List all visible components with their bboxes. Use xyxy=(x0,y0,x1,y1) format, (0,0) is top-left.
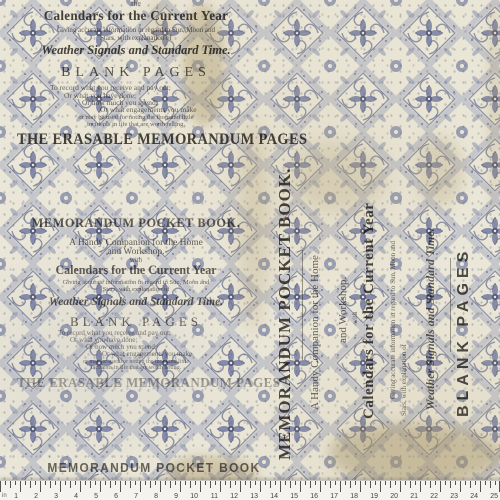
vertical-companion-line: A Handy Companion for the Home xyxy=(310,168,321,498)
ruler-number: 3 xyxy=(42,493,58,500)
print-blank-pages-heading: BLANK PAGES xyxy=(8,66,264,80)
vertical-word-with: with xyxy=(352,298,359,338)
ruler-tick xyxy=(445,481,446,485)
vertical-blank-pages-heading: BLANK PAGES xyxy=(456,212,472,452)
ruler-tick xyxy=(420,481,421,492)
ruler-tick xyxy=(150,481,151,488)
ruler-tick xyxy=(95,481,96,485)
print-info-line-1: Giving accurate information in regard to… xyxy=(8,27,264,34)
print-record-line-4b: Or what engagements you make xyxy=(8,351,358,358)
ruler-tick xyxy=(70,481,71,488)
ruler-tick xyxy=(335,481,336,485)
ruler-tick xyxy=(145,481,146,485)
ruler-tick xyxy=(425,481,426,485)
ruler-tick xyxy=(360,481,361,492)
ruler-tick xyxy=(225,481,226,485)
ruler-number: 4 xyxy=(62,493,78,500)
vertical-calendars-heading: Calendars for the Current Year xyxy=(362,168,377,453)
ruler-number: 6 xyxy=(102,493,118,500)
print-blank-pages-heading-2: BLANK PAGES xyxy=(8,315,264,328)
print-erasable-heading-faded: THE ERASABLE MEMORANDUM PAGES xyxy=(17,377,255,391)
print-calendars-heading: Calendars for the Current Year xyxy=(12,9,260,23)
ruler-number: 1 xyxy=(2,493,18,500)
ruler-tick xyxy=(60,481,61,492)
ruler-tick xyxy=(400,481,401,492)
print-record-line-1: To record what you receive and pay out; xyxy=(8,84,306,92)
ruler-number: 8 xyxy=(142,493,158,500)
ruler-tick xyxy=(45,481,46,485)
ruler-tick xyxy=(90,481,91,488)
ruler-tick xyxy=(385,481,386,485)
ruler-tick xyxy=(220,481,221,492)
ruler-number: 23 xyxy=(442,493,458,500)
ruler-tick xyxy=(440,481,441,492)
ruler-tick xyxy=(240,481,241,492)
ruler-tick xyxy=(105,481,106,485)
vertical-memorandum-heading: MEMORANDUM POCKET BOOK. xyxy=(276,158,293,470)
ruler-tick xyxy=(380,481,381,492)
ruler-tick xyxy=(355,481,356,485)
ruler-tick xyxy=(205,481,206,485)
ruler-number: 21 xyxy=(402,493,418,500)
ruler-tick xyxy=(75,481,76,485)
ruler-tick xyxy=(320,481,321,492)
ruler-tick xyxy=(460,481,461,492)
vertical-weather-heading: Weather Signals and Standard Time. xyxy=(424,162,436,477)
ruler-number: 5 xyxy=(82,493,98,500)
ruler-tick xyxy=(30,481,31,488)
ruler-tick xyxy=(375,481,376,485)
ruler-tick xyxy=(260,481,261,492)
ruler-tick xyxy=(280,481,281,492)
ruler-number: 17 xyxy=(322,493,338,500)
ruler-tick xyxy=(125,481,126,485)
ruler-number: 22 xyxy=(422,493,438,500)
ruler-tick xyxy=(80,481,81,492)
ruler-tick xyxy=(100,481,101,492)
ruler-number: 9 xyxy=(162,493,178,500)
ruler-number: 11 xyxy=(202,493,218,500)
ruler-tick xyxy=(300,481,301,492)
ruler-tick xyxy=(210,481,211,488)
ruler-tick xyxy=(480,481,481,492)
ruler-tick xyxy=(15,481,16,485)
ruler-tick xyxy=(215,481,216,485)
ruler-tick xyxy=(475,481,476,485)
ruler-tick xyxy=(325,481,326,485)
ruler-tick xyxy=(390,481,391,488)
ruler-tick xyxy=(305,481,306,485)
print-erasable-heading: THE ERASABLE MEMORANDUM PAGES xyxy=(17,132,255,148)
ruler-tick xyxy=(435,481,436,485)
ruler-number: 24 xyxy=(462,493,478,500)
ruler-tick xyxy=(10,481,11,488)
ruler-tick xyxy=(135,481,136,485)
ruler-number: 13 xyxy=(242,493,258,500)
ruler-tick xyxy=(275,481,276,485)
ruler-tick xyxy=(395,481,396,485)
print-incidents-line-2b: incidents in life that are worth noting. xyxy=(8,365,264,371)
print-record-line-4: Or what engagements you make xyxy=(8,106,356,114)
print-memorandum-heading: MEMORANDUM POCKET BOOK. xyxy=(14,216,257,229)
ruler-tick xyxy=(165,481,166,485)
ruler-tick xyxy=(295,481,296,485)
ruler-tick xyxy=(490,481,491,488)
print-incidents-line-2: incidents in life that are worth noting. xyxy=(8,122,264,129)
ruler-tick xyxy=(65,481,66,485)
ruler-tick xyxy=(140,481,141,492)
ruler-tick xyxy=(405,481,406,485)
print-weather-heading-2: Weather Signals and Standard Time. xyxy=(8,297,264,309)
ruler-tick xyxy=(50,481,51,488)
ruler-tick xyxy=(25,481,26,485)
ruler-number: 18 xyxy=(342,493,358,500)
ruler-tick xyxy=(450,481,451,488)
ruler-tick xyxy=(115,481,116,485)
ruler-tick xyxy=(410,481,411,488)
ruler-tick xyxy=(40,481,41,492)
ruler-tick xyxy=(430,481,431,488)
ruler-tick xyxy=(455,481,456,485)
ruler-tick xyxy=(350,481,351,488)
ruler-tick xyxy=(120,481,121,492)
ruler-tick xyxy=(265,481,266,485)
printed-rule-line xyxy=(450,258,451,352)
vertical-workshop-line: and Workshop. xyxy=(338,235,349,385)
ruler-number: 12 xyxy=(222,493,238,500)
print-record-line-1b: To record what you receive and pay out; xyxy=(8,330,314,337)
ruler-tick xyxy=(190,481,191,488)
print-weather-heading: Weather Signals and Standard Time. xyxy=(8,44,264,57)
ruler-tick xyxy=(155,481,156,485)
ruler-tick xyxy=(180,481,181,492)
ruler-tick xyxy=(285,481,286,485)
ruler-number: 14 xyxy=(262,493,278,500)
ruler-tick xyxy=(315,481,316,485)
print-info-line-2b: Stars, with explanation of xyxy=(8,287,264,294)
ruler-tick xyxy=(175,481,176,485)
ruler-tick xyxy=(35,481,36,485)
ruler-tick xyxy=(130,481,131,488)
ruler-tick xyxy=(495,481,496,485)
ruler-tick xyxy=(160,481,161,492)
ruler-tick xyxy=(195,481,196,485)
ruler-number: 25 xyxy=(482,493,498,500)
ruler-tick xyxy=(270,481,271,488)
ruler-tick xyxy=(170,481,171,488)
ruler-tick xyxy=(55,481,56,485)
ruler-tick xyxy=(230,481,231,488)
print-info-line-2: Stars, with explanation of xyxy=(8,35,264,42)
print-word-the: the xyxy=(8,0,264,8)
ruler-number: 19 xyxy=(362,493,378,500)
ruler-tick xyxy=(250,481,251,488)
fabric-swatch-photo: the Calendars for the Current Year Givin… xyxy=(0,0,500,500)
vertical-info-line-1: Giving accurate information in regard to… xyxy=(390,152,397,487)
ruler-tick xyxy=(20,481,21,492)
ruler-number: 7 xyxy=(122,493,138,500)
ruler-number: 10 xyxy=(182,493,198,500)
ruler-tick xyxy=(345,481,346,485)
ruler-number: 20 xyxy=(382,493,398,500)
ruler-tick xyxy=(370,481,371,488)
ruler-number: 15 xyxy=(282,493,298,500)
ruler-tick xyxy=(415,481,416,485)
print-calendars-heading-2: Calendars for the Current Year xyxy=(13,264,259,277)
ruler-tick xyxy=(185,481,186,485)
vertical-info-line-2: Stars, with explanation of xyxy=(401,285,408,475)
ruler-tick xyxy=(245,481,246,485)
ruler: in 1234567891011121314151617181920212223… xyxy=(0,480,500,500)
ruler-tick xyxy=(340,481,341,492)
printed-rule-line xyxy=(302,250,303,360)
ruler-tick xyxy=(110,481,111,488)
ruler-tick xyxy=(470,481,471,488)
ruler-tick xyxy=(465,481,466,485)
ruler-tick xyxy=(85,481,86,485)
print-memorandum-stamp: MEMORANDUM POCKET BOOK xyxy=(47,461,217,474)
ruler-tick xyxy=(235,481,236,485)
ruler-tick xyxy=(255,481,256,485)
ruler-number: 16 xyxy=(302,493,318,500)
ruler-tick xyxy=(0,481,1,492)
ruler-tick xyxy=(330,481,331,488)
ruler-number: 2 xyxy=(22,493,38,500)
ruler-tick xyxy=(365,481,366,485)
ruler-tick xyxy=(310,481,311,488)
ruler-tick xyxy=(5,481,6,485)
ruler-tick xyxy=(485,481,486,485)
ruler-tick xyxy=(290,481,291,488)
ruler-tick xyxy=(200,481,201,492)
